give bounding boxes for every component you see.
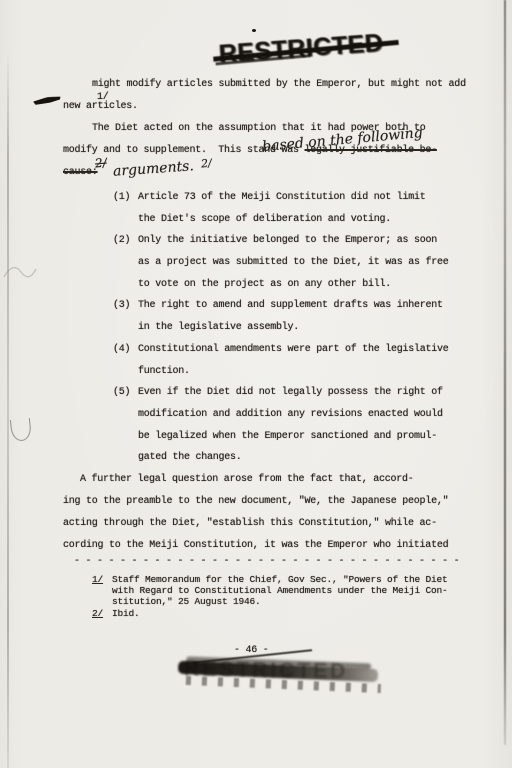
footnote-line: stitution," 25 August 1946. xyxy=(112,596,261,608)
list-line: gated the changes. xyxy=(138,452,242,464)
footnote-marker: 2/ xyxy=(92,608,103,620)
footnote-line: Ibid. xyxy=(112,608,140,620)
list-line: the Diet's scope of deliberation and vot… xyxy=(138,214,391,226)
list-line: Article 73 of the Meiji Constitution did… xyxy=(138,192,426,204)
list-line: Only the initiative belonged to the Empe… xyxy=(138,235,437,247)
list-line: Constitutional amendments were part of t… xyxy=(138,344,449,356)
body-line: cording to the Meiji Constitution, it wa… xyxy=(63,540,448,552)
handwritten-footnote-ref: 2/ xyxy=(200,157,212,171)
body-line-edited: modify and to supplement. This stand was… xyxy=(63,145,437,157)
page-left-edge-line xyxy=(7,50,9,768)
margin-dash-mark xyxy=(33,96,62,106)
handwritten-struck-mark: 2/ xyxy=(94,156,107,171)
list-item-number: (2) xyxy=(113,235,130,247)
ink-dot xyxy=(252,29,256,32)
list-item-number: (1) xyxy=(113,192,130,204)
footnote-marker: 1/ xyxy=(92,574,103,586)
list-line: in the legislative assembly. xyxy=(138,322,299,334)
restricted-stamp-top: RESTRICTED xyxy=(218,28,402,75)
body-line: acting through the Diet, "establish this… xyxy=(63,518,437,530)
margin-pencil-squiggle xyxy=(0,255,42,285)
list-item-number: (4) xyxy=(113,344,130,356)
list-item-number: (3) xyxy=(113,300,130,312)
body-line: A further legal question arose from the … xyxy=(80,474,414,486)
list-line: be legalized when the Emperor sanctioned… xyxy=(138,431,437,443)
body-line: new articles. xyxy=(63,101,138,113)
struck-typed-text: cause: xyxy=(63,167,98,179)
handwritten-correction: arguments. xyxy=(113,158,195,180)
list-line: Even if the Diet did not legally possess… xyxy=(138,387,443,399)
body-line: ing to the preamble to the new document,… xyxy=(63,496,448,508)
list-line: modification and addition any revisions … xyxy=(138,409,443,421)
restricted-stamp-bottom-obliterated: RESTRICTED xyxy=(178,651,389,701)
footnote-separator: - - - - - - - - - - - - - - - - - - - - … xyxy=(74,556,459,568)
list-line: The right to amend and supplement drafts… xyxy=(138,300,443,312)
list-line: to vote on the project as on any other b… xyxy=(138,279,391,291)
list-line: function. xyxy=(138,366,190,378)
page-right-edge-line xyxy=(504,0,506,745)
list-item-number: (5) xyxy=(113,387,130,399)
body-line: might modify articles submitted by the E… xyxy=(92,79,466,91)
list-line: as a project was submitted to the Diet, … xyxy=(138,257,449,269)
margin-pencil-u-mark xyxy=(10,418,32,442)
document-page: RESTRICTED might modify articles submitt… xyxy=(0,0,512,768)
